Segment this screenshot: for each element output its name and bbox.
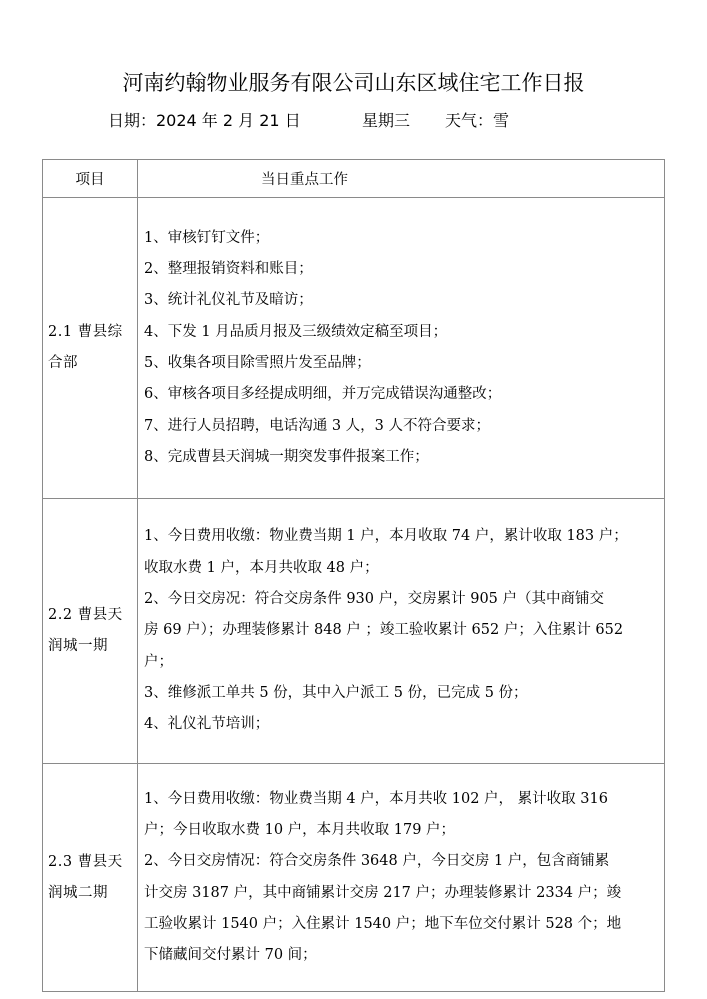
work-item: 房 69 户）；办理装修累计 848 户 ；竣工验收累计 652 户；入住累计 … <box>144 615 658 646</box>
project-name-line: 2.2 曹县天 <box>48 600 135 631</box>
project-cell: 2.2 曹县天 润城一期 <box>43 499 138 764</box>
work-item: 3、统计礼仪礼节及暗访； <box>144 285 658 316</box>
work-item: 2、整理报销资料和账目； <box>144 254 658 285</box>
table-row: 2.2 曹县天 润城一期 1、今日费用收缴：物业费当期 1 户，本月收取 74 … <box>43 499 665 764</box>
report-date: 日期：2024 年 2 月 21 日 <box>108 108 301 134</box>
work-item: 收取水费 1 户，本月共收取 48 户； <box>144 553 658 584</box>
work-item: 7、进行人员招聘，电话沟通 3 人，3 人不符合要求； <box>144 411 658 442</box>
work-item: 8、完成曹县天润城一期突发事件报案工作； <box>144 442 658 473</box>
work-cell: 1、审核钉钉文件； 2、整理报销资料和账目； 3、统计礼仪礼节及暗访； 4、下发… <box>138 198 665 499</box>
project-name-line: 润城二期 <box>48 878 135 909</box>
work-item: 2、今日交房况：符合交房条件 930 户，交房累计 905 户（其中商铺交 <box>144 584 658 615</box>
work-item: 计交房 3187 户，其中商铺累计交房 217 户；办理装修累计 2334 户；… <box>144 878 658 909</box>
work-item: 1、审核钉钉文件； <box>144 223 658 254</box>
project-name-line: 润城一期 <box>48 631 135 662</box>
project-name-line: 合部 <box>48 348 135 379</box>
daily-report-table: 项目 当日重点工作 2.1 曹县综 合部 1、审核钉钉文件； 2、整理报销资料和… <box>42 159 665 992</box>
project-cell: 2.3 曹县天 润城二期 <box>43 764 138 992</box>
report-weekday: 星期三 <box>362 108 410 134</box>
work-item: 3、维修派工单共 5 份，其中入户派工 5 份，已完成 5 份； <box>144 678 658 709</box>
work-item: 1、今日费用收缴：物业费当期 4 户，本月共收 102 户， 累计收取 316 <box>144 784 658 815</box>
project-name-line: 2.3 曹县天 <box>48 847 135 878</box>
project-name-line: 2.1 曹县综 <box>48 317 135 348</box>
work-item: 户； <box>144 647 658 678</box>
work-item: 1、今日费用收缴：物业费当期 1 户，本月收取 74 户，累计收取 183 户； <box>144 521 658 552</box>
work-cell: 1、今日费用收缴：物业费当期 1 户，本月收取 74 户，累计收取 183 户；… <box>138 499 665 764</box>
table-header-row: 项目 当日重点工作 <box>43 160 665 198</box>
header-work: 当日重点工作 <box>138 160 665 198</box>
work-item: 5、收集各项目除雪照片发至品牌； <box>144 348 658 379</box>
work-item: 户；今日收取水费 10 户，本月共收取 179 户； <box>144 815 658 846</box>
work-item: 下储藏间交付累计 70 间； <box>144 940 658 971</box>
work-item: 工验收累计 1540 户；入住累计 1540 户；地下车位交付累计 528 个；… <box>144 909 658 940</box>
header-project: 项目 <box>43 160 138 198</box>
table-row: 2.1 曹县综 合部 1、审核钉钉文件； 2、整理报销资料和账目； 3、统计礼仪… <box>43 198 665 499</box>
work-item: 2、今日交房情况：符合交房条件 3648 户，今日交房 1 户，包含商铺累 <box>144 846 658 877</box>
report-weather: 天气：雪 <box>445 108 509 134</box>
document-title: 河南约翰物业服务有限公司山东区域住宅工作日报 <box>0 68 707 98</box>
work-item: 4、礼仪礼节培训； <box>144 709 658 740</box>
project-cell: 2.1 曹县综 合部 <box>43 198 138 499</box>
work-item: 6、审核各项目多经提成明细，并万完成错误沟通整改； <box>144 379 658 410</box>
table-row: 2.3 曹县天 润城二期 1、今日费用收缴：物业费当期 4 户，本月共收 102… <box>43 764 665 992</box>
work-cell: 1、今日费用收缴：物业费当期 4 户，本月共收 102 户， 累计收取 316 … <box>138 764 665 992</box>
work-item: 4、下发 1 月品质月报及三级绩效定稿至项目； <box>144 317 658 348</box>
